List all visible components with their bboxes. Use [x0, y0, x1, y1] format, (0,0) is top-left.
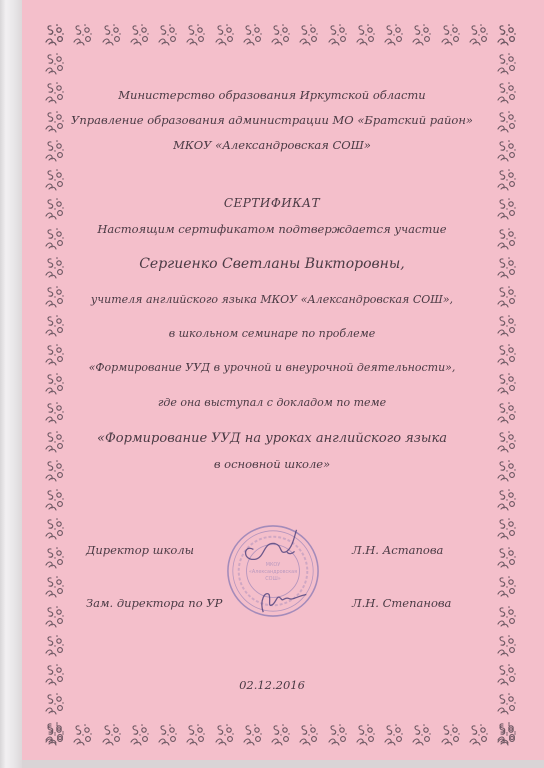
stamp-center-line-3: СОШ»	[265, 576, 281, 582]
header-school: МКОУ «Александровская СОШ»	[60, 138, 484, 152]
signature-deputy-position: Зам. директора по УР	[86, 596, 222, 610]
scan-bottom-edge	[22, 760, 544, 768]
header-ministry: Министерство образования Иркутской облас…	[60, 88, 484, 102]
header-department: Управление образования администрации МО …	[60, 113, 484, 127]
signature-director-name: Л.Н. Астапова	[352, 543, 443, 557]
signature-director-position: Директор школы	[86, 543, 194, 557]
seminar-line: в школьном семинаре по проблеме	[60, 327, 484, 340]
confirmation-text: Настоящим сертификатом подтверждается уч…	[60, 222, 484, 236]
signature-deputy-name: Л.Н. Степанова	[352, 596, 451, 610]
seminar-problem: «Формирование УУД в урочной и внеурочной…	[60, 361, 484, 374]
scan-edge	[0, 0, 22, 768]
report-topic-line-2: в основной школе»	[60, 457, 484, 471]
recipient-name: Сергиенко Светланы Викторовны,	[60, 256, 484, 272]
certificate-title: СЕРТИФИКАТ	[60, 196, 484, 210]
stamp-center-line-1: МКОУ	[266, 562, 281, 568]
report-topic-line-1: «Формирование УУД на уроках английского …	[60, 431, 484, 446]
stamp-center-line-2: «Александровская	[249, 569, 297, 575]
certificate-date: 02.12.2016	[0, 678, 544, 692]
recipient-role: учителя английского языка МКОУ «Александ…	[60, 293, 484, 306]
report-line: где она выступал с докладом по теме	[60, 396, 484, 409]
round-seal-stamp-icon: МКОУ «Александровская СОШ»	[224, 522, 322, 620]
